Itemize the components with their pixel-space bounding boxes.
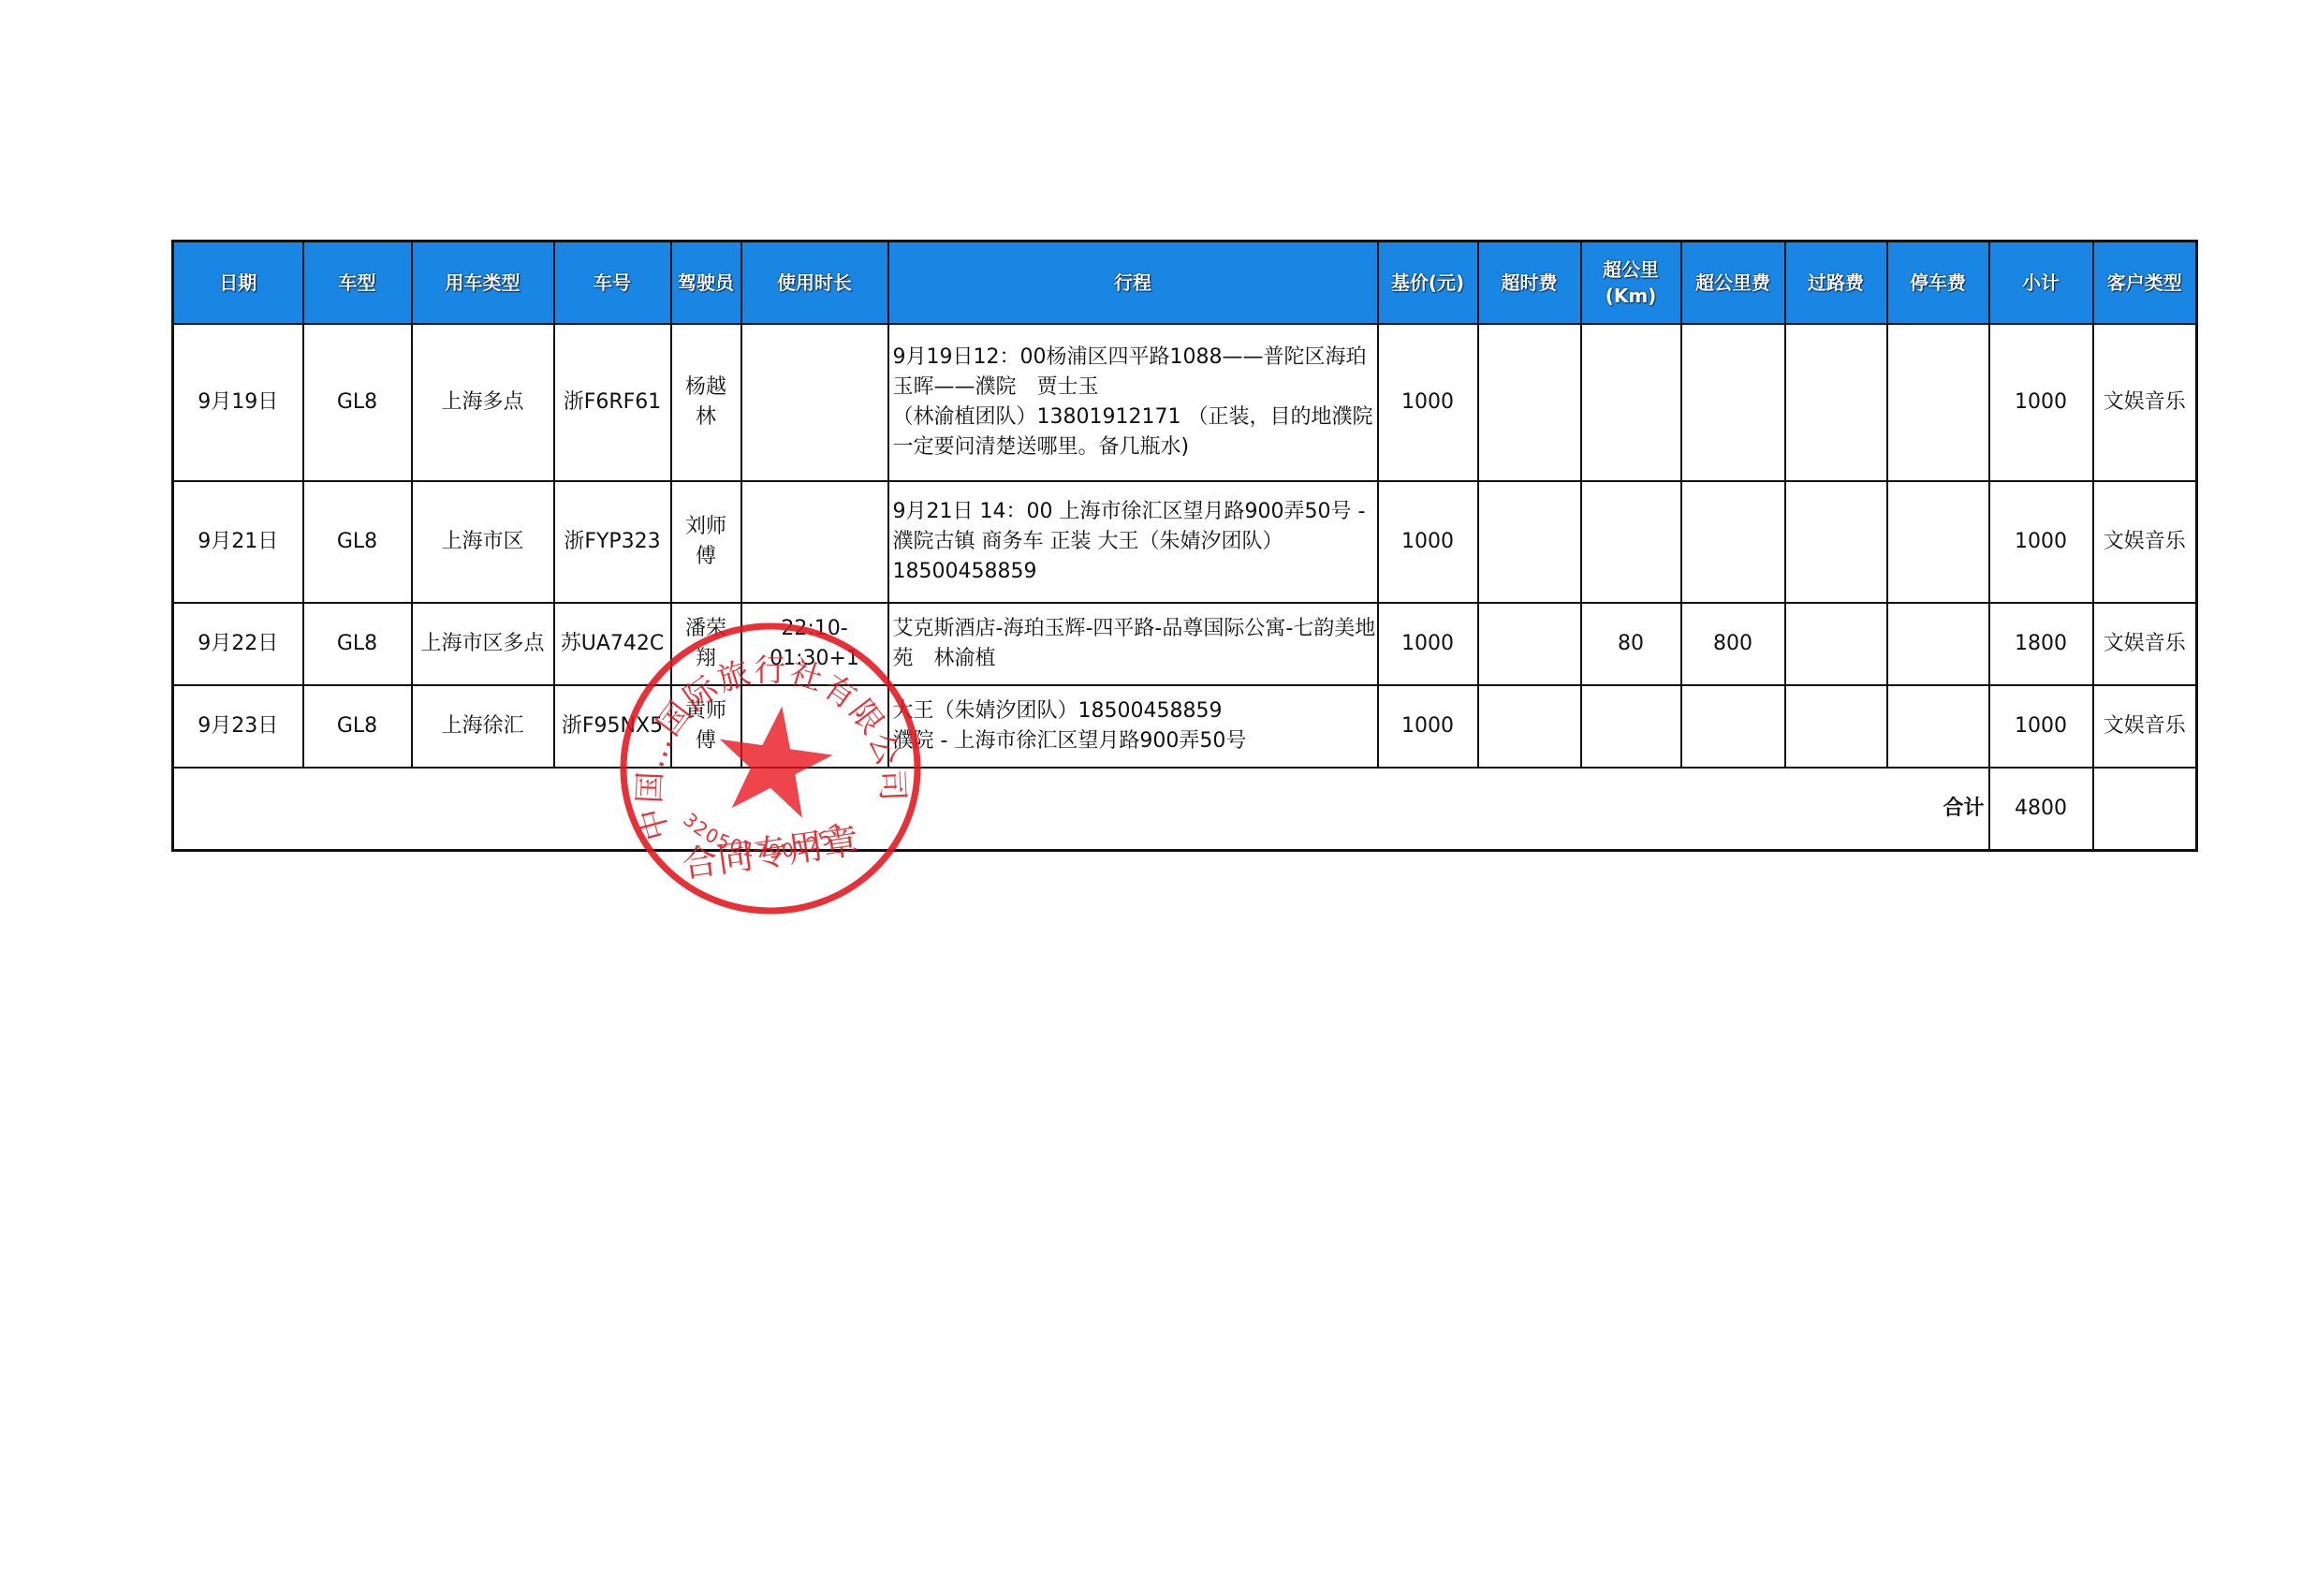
base-price-cell: 1000	[1378, 324, 1478, 481]
customer-type-cell: 文娱音乐	[2093, 603, 2197, 685]
car-model-cell: GL8	[303, 324, 412, 481]
parking-cell	[1887, 603, 1989, 685]
parking-cell	[1887, 685, 1989, 768]
toll-cell	[1785, 481, 1887, 603]
usage-type-cell: 上海多点	[412, 324, 554, 481]
overtime-fee-cell	[1478, 324, 1581, 481]
column-header: 停车费	[1887, 242, 1989, 325]
duration-cell	[741, 324, 888, 481]
base-price-cell: 1000	[1378, 603, 1478, 685]
plate-cell: 浙FYP323	[554, 481, 671, 603]
customer-type-cell: 文娱音乐	[2093, 685, 2197, 768]
driver-cell: 潘荣 翔	[671, 603, 741, 685]
column-header: 基价(元)	[1378, 242, 1478, 325]
extra-km-fee-cell	[1681, 481, 1785, 603]
route-cell: 艾克斯酒店-海珀玉辉-四平路-品尊国际公寓-七韵美地苑 林渝植	[888, 603, 1378, 685]
total-customer-type-cell	[2093, 768, 2197, 851]
plate-cell: 浙F6RF61	[554, 324, 671, 481]
table-row: 9月23日GL8上海徐汇浙F95NX5黄师 傅大王（朱婧汐团队）18500458…	[173, 685, 2197, 768]
customer-type-cell: 文娱音乐	[2093, 481, 2197, 603]
date-cell: 9月23日	[173, 685, 303, 768]
column-header: 日期	[173, 242, 303, 325]
route-cell: 9月21日 14：00 上海市徐汇区望月路900弄50号 - 濮院古镇 商务车 …	[888, 481, 1378, 603]
car-model-cell: GL8	[303, 685, 412, 768]
subtotal-cell: 1000	[1989, 481, 2093, 603]
total-row: 合计4800	[173, 768, 2197, 851]
extra-km-cell	[1581, 481, 1681, 603]
overtime-fee-cell	[1478, 603, 1581, 685]
date-cell: 9月22日	[173, 603, 303, 685]
column-header: 车号	[554, 242, 671, 325]
column-header: 用车类型	[412, 242, 554, 325]
route-cell: 9月19日12：00杨浦区四平路1088——普陀区海珀玉晖——濮院 贾士玉 （林…	[888, 324, 1378, 481]
vehicle-usage-table: 日期车型用车类型车号驾驶员使用时长行程基价(元)超时费超公里 (Km)超公里费过…	[171, 240, 2198, 852]
extra-km-cell: 80	[1581, 603, 1681, 685]
extra-km-fee-cell	[1681, 324, 1785, 481]
toll-cell	[1785, 685, 1887, 768]
subtotal-cell: 1000	[1989, 685, 2093, 768]
column-header: 超公里 (Km)	[1581, 242, 1681, 325]
column-header: 小计	[1989, 242, 2093, 325]
usage-type-cell: 上海市区多点	[412, 603, 554, 685]
extra-km-fee-cell: 800	[1681, 603, 1785, 685]
subtotal-cell: 1000	[1989, 324, 2093, 481]
duration-cell	[741, 685, 888, 768]
table-row: 9月21日GL8上海市区浙FYP323刘师 傅9月21日 14：00 上海市徐汇…	[173, 481, 2197, 603]
car-model-cell: GL8	[303, 603, 412, 685]
base-price-cell: 1000	[1378, 481, 1478, 603]
driver-cell: 杨越 林	[671, 324, 741, 481]
column-header: 车型	[303, 242, 412, 325]
total-value: 4800	[1989, 768, 2093, 851]
duration-cell: 22:10- 01:30+1	[741, 603, 888, 685]
car-model-cell: GL8	[303, 481, 412, 603]
column-header: 行程	[888, 242, 1378, 325]
route-cell: 大王（朱婧汐团队）18500458859 濮院 - 上海市徐汇区望月路900弄5…	[888, 685, 1378, 768]
parking-cell	[1887, 324, 1989, 481]
base-price-cell: 1000	[1378, 685, 1478, 768]
plate-cell: 浙F95NX5	[554, 685, 671, 768]
extra-km-cell	[1581, 685, 1681, 768]
parking-cell	[1887, 481, 1989, 603]
driver-cell: 黄师 傅	[671, 685, 741, 768]
extra-km-cell	[1581, 324, 1681, 481]
duration-cell	[741, 481, 888, 603]
plate-cell: 苏UA742C	[554, 603, 671, 685]
overtime-fee-cell	[1478, 685, 1581, 768]
overtime-fee-cell	[1478, 481, 1581, 603]
subtotal-cell: 1800	[1989, 603, 2093, 685]
usage-type-cell: 上海市区	[412, 481, 554, 603]
column-header: 驾驶员	[671, 242, 741, 325]
toll-cell	[1785, 603, 1887, 685]
customer-type-cell: 文娱音乐	[2093, 324, 2197, 481]
usage-type-cell: 上海徐汇	[412, 685, 554, 768]
table-row: 9月19日GL8上海多点浙F6RF61杨越 林9月19日12：00杨浦区四平路1…	[173, 324, 2197, 481]
total-label: 合计	[173, 768, 1989, 851]
date-cell: 9月21日	[173, 481, 303, 603]
header-row: 日期车型用车类型车号驾驶员使用时长行程基价(元)超时费超公里 (Km)超公里费过…	[173, 242, 2197, 325]
column-header: 过路费	[1785, 242, 1887, 325]
extra-km-fee-cell	[1681, 685, 1785, 768]
driver-cell: 刘师 傅	[671, 481, 741, 603]
column-header: 使用时长	[741, 242, 888, 325]
table-row: 9月22日GL8上海市区多点苏UA742C潘荣 翔22:10- 01:30+1艾…	[173, 603, 2197, 685]
toll-cell	[1785, 324, 1887, 481]
column-header: 超时费	[1478, 242, 1581, 325]
column-header: 客户类型	[2093, 242, 2197, 325]
date-cell: 9月19日	[173, 324, 303, 481]
column-header: 超公里费	[1681, 242, 1785, 325]
